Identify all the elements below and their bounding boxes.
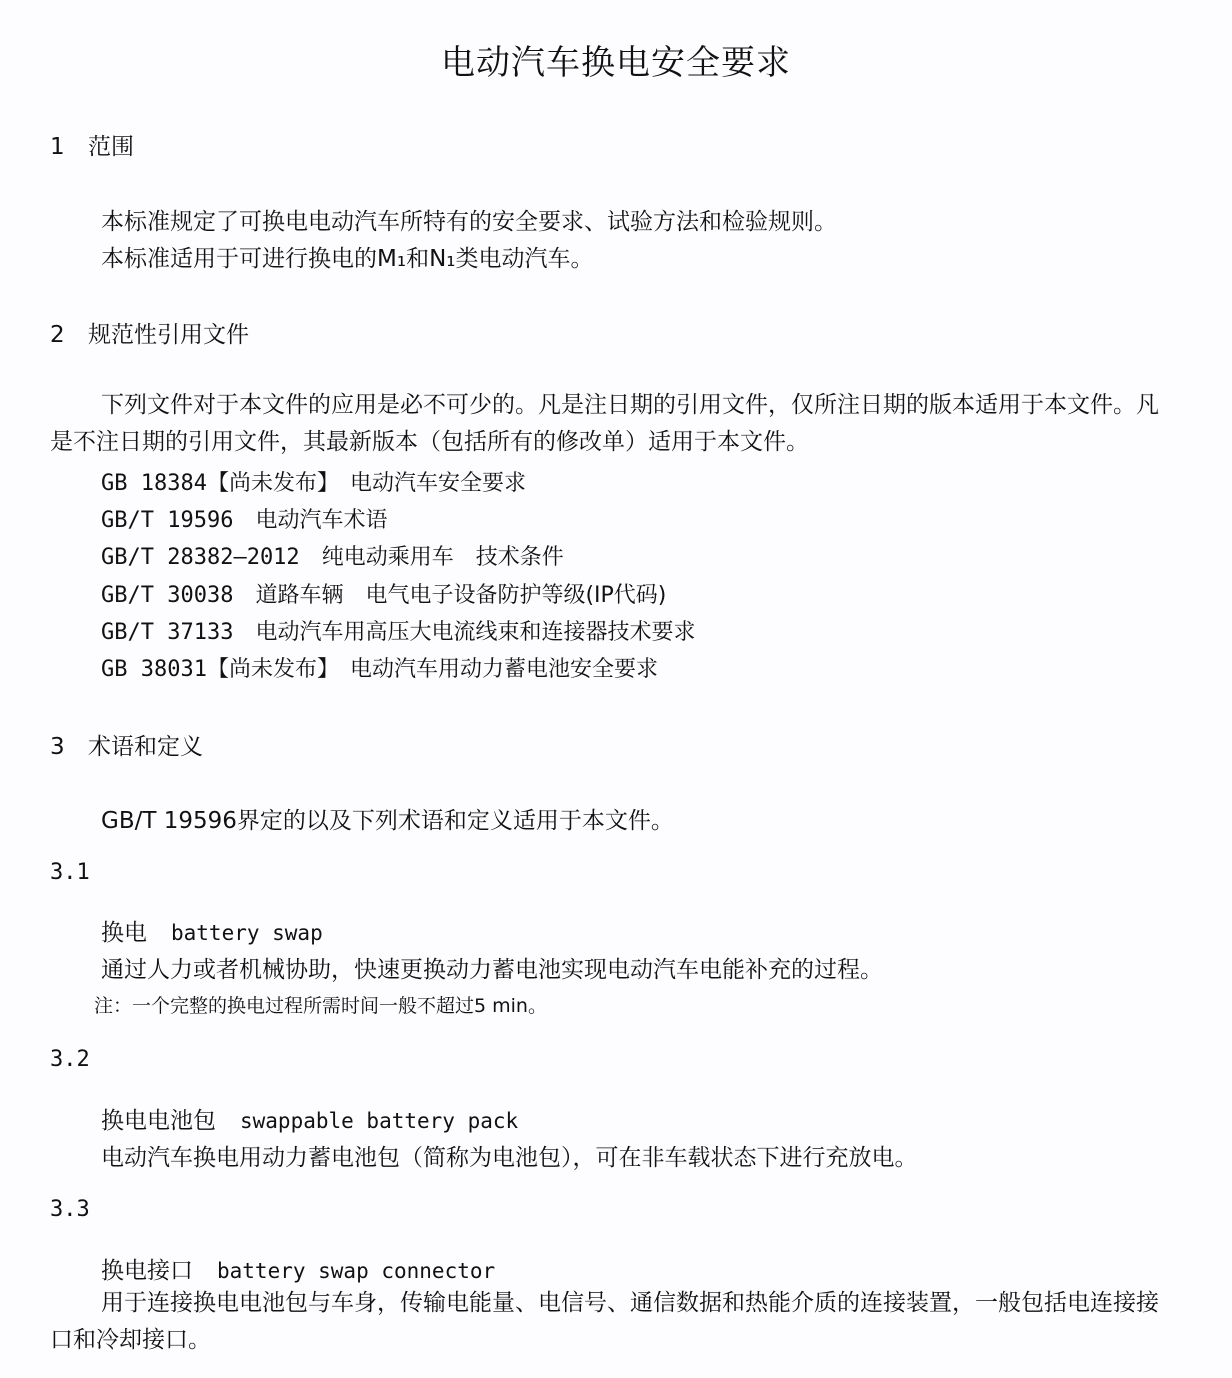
reference-code: GB/T 28382—2012: [101, 545, 300, 570]
reference-status: 【尚未发布】: [207, 657, 328, 682]
reference-item: GB/T 28382—2012 纯电动乘用车 技术条件: [101, 540, 564, 571]
reference-item: GB/T 19596 电动汽车术语: [101, 503, 387, 534]
term-heading: 换电电池包swappable battery pack: [101, 1102, 518, 1135]
clause-number: 3.1: [50, 860, 90, 885]
normative-references-intro: 下列文件对于本文件的应用是必不可少的。凡是注日期的引用文件，仅所注日期的版本适用…: [50, 387, 1180, 461]
document-title: 电动汽车换电安全要求: [0, 35, 1232, 84]
term-definition: 通过人力或者机械协助，快速更换动力蓄电池实现电动汽车电能补充的过程。: [101, 951, 883, 984]
reference-item: GB 18384【尚未发布】 电动汽车安全要求: [101, 466, 526, 497]
reference-code: GB/T 19596: [101, 508, 233, 533]
term-definition: 电动汽车换电用动力蓄电池包（简称为电池包），可在非车载状态下进行充放电。: [101, 1139, 918, 1172]
reference-item: GB 38031【尚未发布】 电动汽车用动力蓄电池安全要求: [101, 652, 658, 683]
term-english: battery swap connector: [217, 1259, 495, 1283]
clause-number: 3.3: [50, 1197, 90, 1222]
section-number: 3: [50, 734, 88, 760]
term-heading: 换电battery swap: [101, 914, 323, 947]
reference-title: 道路车辆 电气电子设备防护等级(IP代码): [255, 583, 666, 608]
reference-item: GB/T 30038 道路车辆 电气电子设备防护等级(IP代码): [101, 578, 666, 609]
section-title: 术语和定义: [88, 734, 203, 760]
term-english: swappable battery pack: [240, 1109, 518, 1133]
term-chinese: 换电接口: [101, 1258, 193, 1284]
reference-code: GB 38031: [101, 657, 207, 682]
term-chinese: 换电: [101, 920, 147, 946]
section-3-heading: 3术语和定义: [50, 728, 203, 761]
section-2-heading: 2规范性引用文件: [50, 316, 249, 349]
reference-title: 电动汽车安全要求: [350, 471, 526, 496]
scope-paragraph-2: 本标准适用于可进行换电的M₁和N₁类电动汽车。: [101, 240, 594, 273]
reference-title: 纯电动乘用车 技术条件: [322, 545, 564, 570]
section-title: 范围: [88, 134, 134, 160]
reference-title: 电动汽车用动力蓄电池安全要求: [350, 657, 658, 682]
term-heading: 换电接口battery swap connector: [101, 1252, 495, 1285]
section-number: 1: [50, 134, 88, 160]
reference-code: GB 18384: [101, 471, 207, 496]
term-definition: 用于连接换电电池包与车身，传输电能量、电信号、通信数据和热能介质的连接装置，一般…: [50, 1285, 1180, 1359]
reference-title: 电动汽车用高压大电流线束和连接器技术要求: [255, 620, 695, 645]
term-note: 注：一个完整的换电过程所需时间一般不超过5 min。: [94, 991, 547, 1018]
reference-title: 电动汽车术语: [255, 508, 387, 533]
reference-item: GB/T 37133 电动汽车用高压大电流线束和连接器技术要求: [101, 615, 695, 646]
section-1-heading: 1范围: [50, 128, 134, 161]
reference-code: GB/T 30038: [101, 583, 233, 608]
term-chinese: 换电电池包: [101, 1108, 216, 1134]
clause-number: 3.2: [50, 1047, 90, 1072]
term-english: battery swap: [171, 921, 323, 945]
terms-intro: GB/T 19596界定的以及下列术语和定义适用于本文件。: [101, 802, 674, 835]
section-number: 2: [50, 322, 88, 348]
reference-code: GB/T 37133: [101, 620, 233, 645]
section-title: 规范性引用文件: [88, 322, 249, 348]
scope-paragraph-1: 本标准规定了可换电电动汽车所特有的安全要求、试验方法和检验规则。: [101, 203, 837, 236]
reference-status: 【尚未发布】: [207, 471, 328, 496]
